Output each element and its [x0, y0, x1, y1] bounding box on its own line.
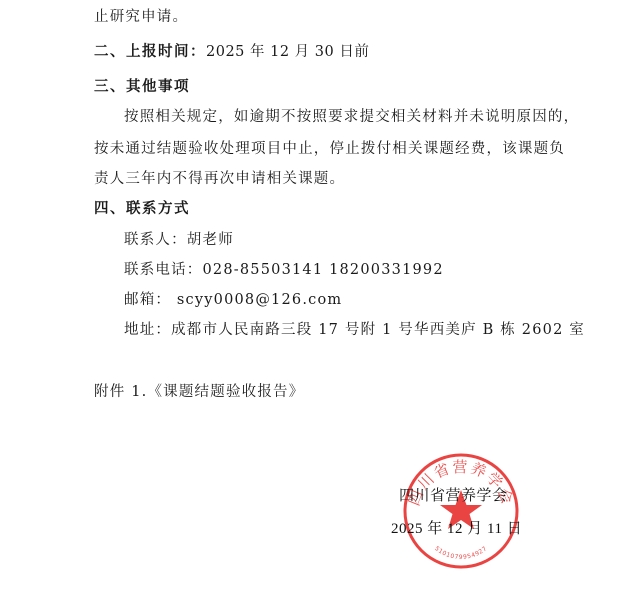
contact-address: 地址：成都市人民南路三段 17 号附 1 号华西美庐 B 栋 2602 室	[124, 321, 585, 339]
paragraph-line-3: 责人三年内不得再次申请相关课题。	[94, 170, 345, 188]
section-2-label: 二、上报时间：	[94, 44, 206, 60]
paragraph-line-2: 按未通过结题验收处理项目中止，停止拨付相关课题经费，该课题负	[94, 140, 565, 158]
section-3-heading: 三、其他事项	[94, 78, 190, 96]
section-2-heading: 二、上报时间：2025 年 12 月 30 日前	[94, 43, 369, 61]
svg-text:5101079954927: 5101079954927	[433, 545, 488, 561]
attachment-line: 附件 1.《课题结题验收报告》	[94, 383, 304, 401]
continuation-text: 止研究申请。	[94, 8, 188, 26]
signature-organization: 四川省营养学会	[399, 487, 508, 505]
section-4-heading: 四、联系方式	[94, 200, 190, 218]
contact-email: 邮箱： scyy0008@126.com	[124, 291, 342, 309]
contact-phone: 联系电话：028-85503141 18200331992	[124, 261, 444, 279]
section-2-deadline: 2025 年 12 月 30 日前	[206, 44, 369, 60]
paragraph-line-1: 按照相关规定，如逾期不按照要求提交相关材料并未说明原因的，	[124, 108, 579, 126]
contact-person: 联系人：胡老师	[124, 231, 234, 249]
official-seal-icon: 四川省营养学会 5101079954927	[402, 452, 520, 570]
signature-date: 2025 年 12 月 11 日	[391, 520, 522, 538]
